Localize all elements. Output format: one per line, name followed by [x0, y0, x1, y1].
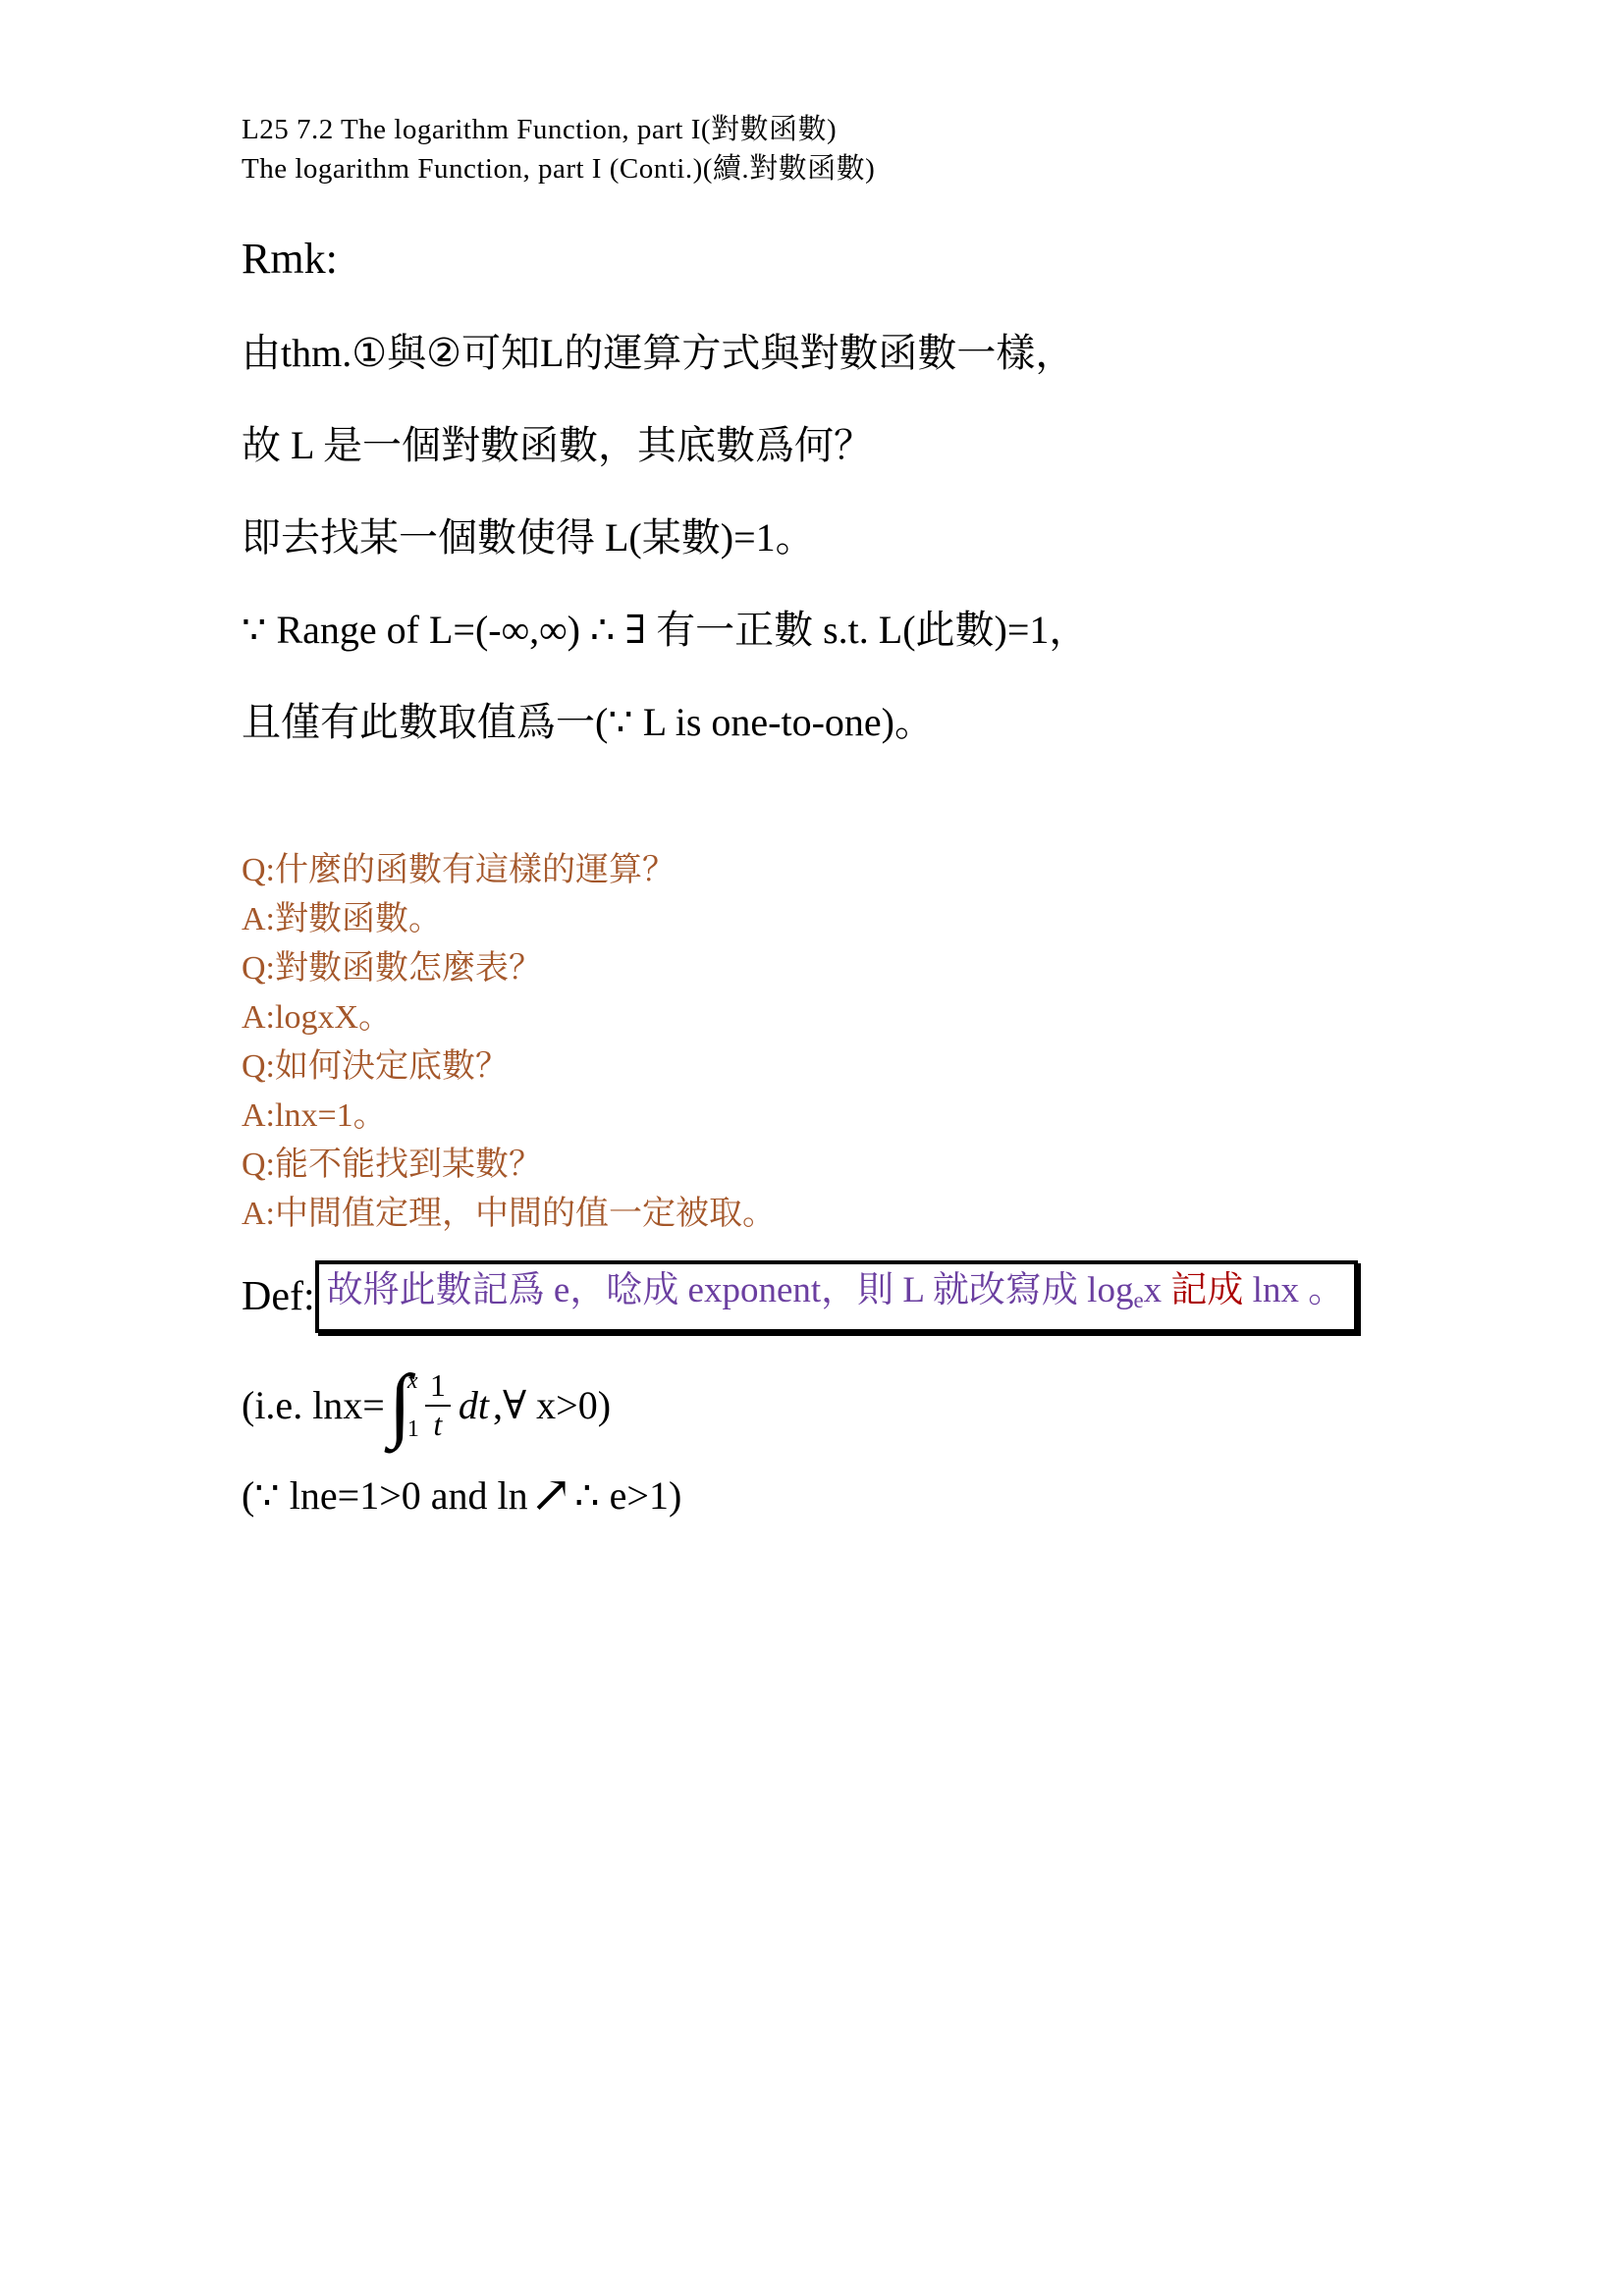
header-line-1: L25 7.2 The logarithm Function, part I(對… — [242, 110, 1565, 149]
conclusion-line: (∵ lne=1>0 and ln ↗ ∴ e>1) — [242, 1470, 1565, 1522]
definition-text-part2: x — [1144, 1270, 1171, 1310]
fraction-one-over-t: 1 t — [425, 1367, 451, 1443]
rmk-label: Rmk: — [242, 232, 1565, 287]
qa-line-a2: A:logxX。 — [242, 993, 1565, 1042]
qa-block: Q:什麼的函數有這樣的運算？ A:對數函數。 Q:對數函數怎麼表？ A:logx… — [242, 846, 1565, 1239]
integral-limits: x 1 — [407, 1366, 419, 1443]
body-line-one-to-one: 且僅有此數取值爲一(∵ L is one-to-one)。 — [242, 697, 1565, 748]
formula-prefix: (i.e. lnx= — [242, 1382, 385, 1428]
integral-lower-limit: 1 — [407, 1416, 419, 1443]
qa-line-q1: Q:什麼的函數有這樣的運算？ — [242, 846, 1565, 895]
body-line-range: ∵ Range of L=(-∞,∞) ∴ ∃ 有一正數 s.t. L(此數)=… — [242, 605, 1565, 656]
qa-line-q2: Q:對數函數怎麼表？ — [242, 944, 1565, 993]
formula-suffix: ,∀ x>0) — [493, 1382, 611, 1428]
body-line-thm: 由thm.①與②可知L的運算方式與對數函數一樣， — [242, 328, 1565, 379]
definition-text-red: 記成 — [1170, 1270, 1243, 1310]
definition-text-part3: lnx 。 — [1243, 1270, 1344, 1310]
qa-line-a1: A:對數函數。 — [242, 895, 1565, 944]
document-page: { "header": { "line1": "L25 7.2 The loga… — [0, 0, 1624, 2296]
page-header: L25 7.2 The logarithm Function, part I(對… — [242, 110, 1565, 188]
differential-dt: dt — [459, 1382, 489, 1428]
fraction-denominator: t — [433, 1407, 442, 1443]
qa-line-a3: A:lnx=1。 — [242, 1092, 1565, 1141]
header-line-2: The logarithm Function, part I (Conti.)(… — [242, 149, 1565, 188]
integral-upper-limit: x — [407, 1368, 419, 1395]
definition-text-part1: 故將此數記爲 e，唸成 exponent，則 L 就改寫成 log — [327, 1270, 1134, 1310]
definition-box: 故將此數記爲 e，唸成 exponent，則 L 就改寫成 logex 記成 l… — [315, 1260, 1359, 1333]
definition-label: Def: — [242, 1269, 315, 1324]
log-base-subscript: e — [1133, 1288, 1143, 1312]
fraction-numerator: 1 — [425, 1367, 451, 1407]
definition-row: Def: 故將此數記爲 e，唸成 exponent，則 L 就改寫成 logex… — [242, 1260, 1565, 1333]
qa-line-q3: Q:如何決定底數？ — [242, 1042, 1565, 1092]
conclusion-part2: ∴ e>1) — [574, 1470, 681, 1522]
conclusion-part1: (∵ lne=1>0 and ln — [242, 1470, 528, 1522]
lnx-integral-formula: (i.e. lnx= ∫ x 1 1 t dt ,∀ x>0) — [242, 1366, 1565, 1443]
body-line-find-number: 即去找某一個數使得 L(某數)=1。 — [242, 512, 1565, 563]
body-line-base-question: 故 L 是一個對數函數，其底數爲何？ — [242, 420, 1565, 471]
qa-line-q4: Q:能不能找到某數？ — [242, 1141, 1565, 1190]
increasing-arrow-icon: ↗ — [530, 1470, 573, 1522]
page-content: L25 7.2 The logarithm Function, part I(對… — [0, 0, 1624, 1522]
qa-line-a4: A:中間值定理，中間的值一定被取。 — [242, 1190, 1565, 1239]
